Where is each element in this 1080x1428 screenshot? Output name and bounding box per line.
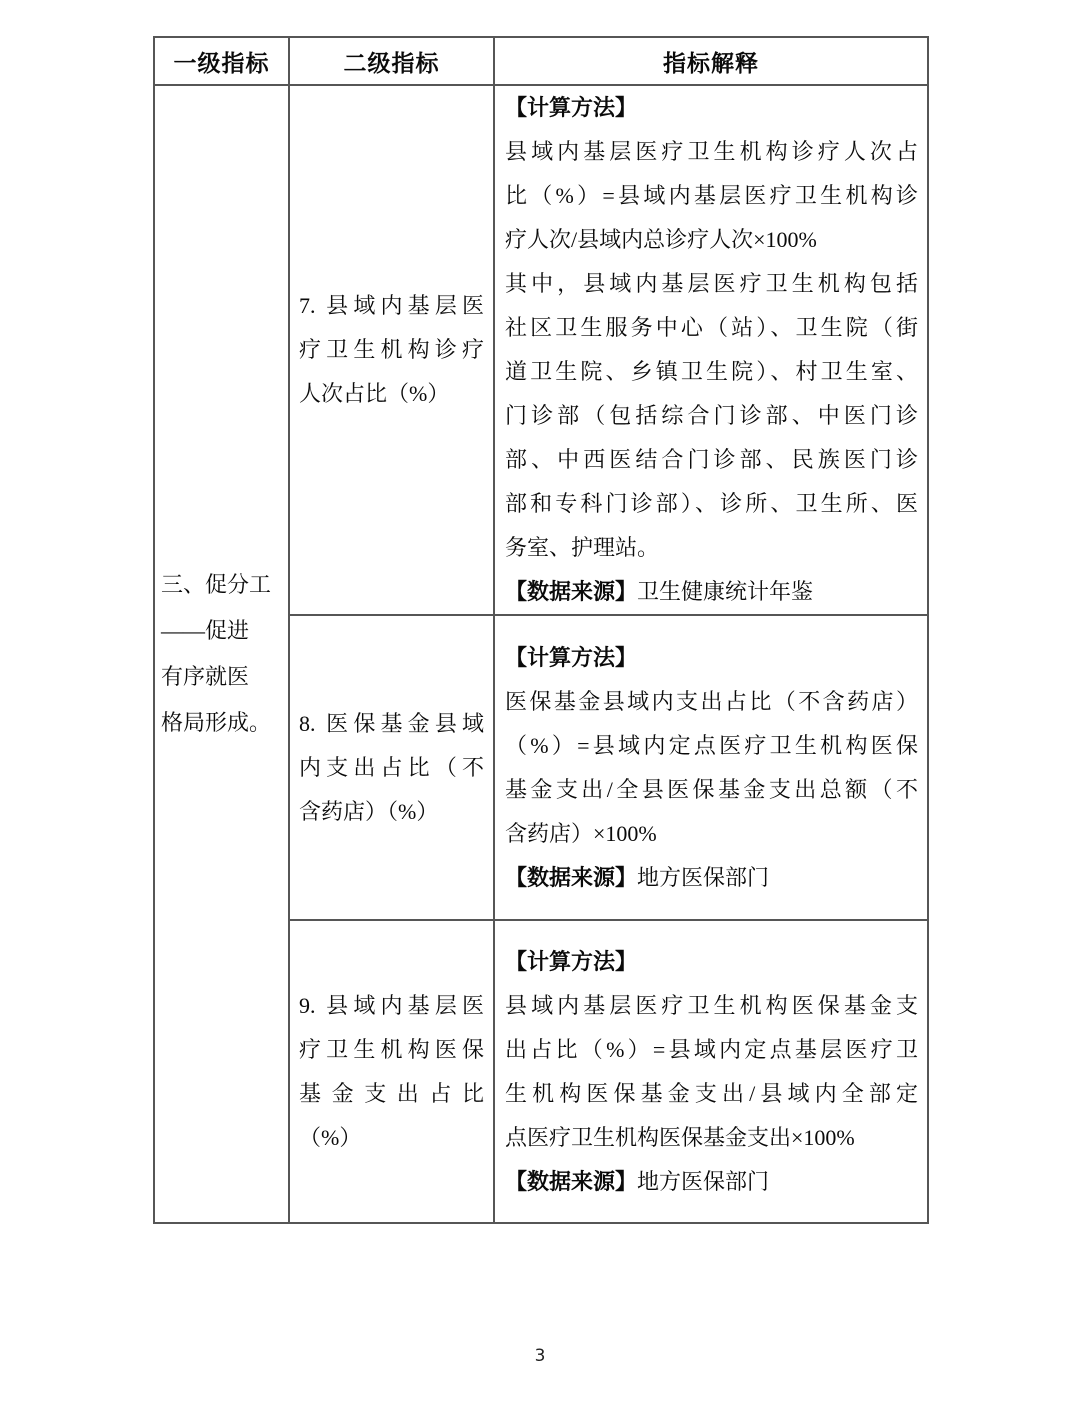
bracket-label: 【计算方法】: [505, 95, 637, 120]
table-header-row: 一级指标 二级指标 指标解释: [154, 37, 928, 85]
bracket-label: 【计算方法】: [505, 949, 637, 974]
explanation-8-cell: 【计算方法】医保基金县域内支出占比（不含药店）（%）=县域内定点医疗卫生机构医保…: [494, 615, 928, 920]
explanation-7-cell: 【计算方法】县域内基层医疗卫生机构诊疗人次占比（%）=县域内基层医疗卫生机构诊疗…: [494, 85, 928, 615]
level2-indicator-7-cell: 7. 县域内基层医疗卫生机构诊疗人次占比（%）: [289, 85, 494, 615]
bracket-label: 【数据来源】: [505, 1169, 637, 1194]
indicator-table: 一级指标 二级指标 指标解释 三、促分工——促进有序就医格局形成。 7. 县域内…: [153, 36, 929, 1224]
level1-indicator-cell: 三、促分工——促进有序就医格局形成。: [154, 85, 289, 1223]
bracket-label: 【数据来源】: [505, 865, 637, 890]
level2-indicator-9-cell: 9. 县域内基层医疗卫生机构医保基金支出占比（%）: [289, 920, 494, 1223]
header-level1-indicator: 一级指标: [154, 37, 289, 85]
bracket-label: 【数据来源】: [505, 579, 637, 604]
page-number: 3: [0, 1346, 1080, 1366]
level2-indicator-8-cell: 8. 医保基金县域内支出占比（不含药店）（%）: [289, 615, 494, 920]
header-level2-indicator: 二级指标: [289, 37, 494, 85]
document-page: 一级指标 二级指标 指标解释 三、促分工——促进有序就医格局形成。 7. 县域内…: [0, 0, 1080, 1428]
explanation-9-cell: 【计算方法】县域内基层医疗卫生机构医保基金支出占比（%）=县域内定点基层医疗卫生…: [494, 920, 928, 1223]
header-indicator-explanation: 指标解释: [494, 37, 928, 85]
bracket-label: 【计算方法】: [505, 645, 637, 670]
table-row-indicator-7: 三、促分工——促进有序就医格局形成。 7. 县域内基层医疗卫生机构诊疗人次占比（…: [154, 85, 928, 615]
